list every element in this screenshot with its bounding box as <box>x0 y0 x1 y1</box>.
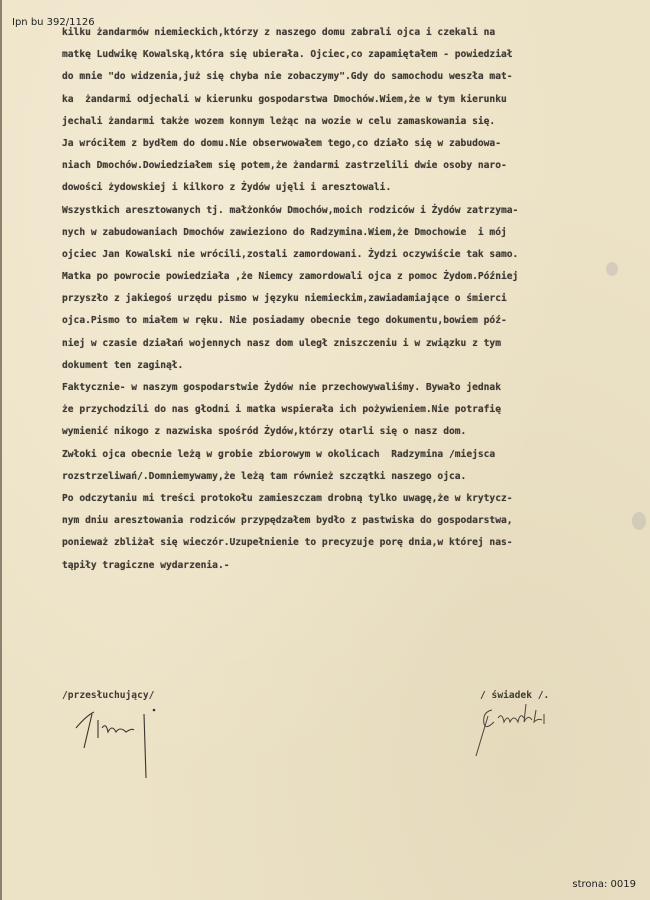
text-line: matkę Ludwikę Kowalską,która się ubierał… <box>62 44 642 66</box>
text-line: nym dniu aresztowania rodziców przypędza… <box>62 510 642 532</box>
text-line: niach Dmochów.Dowiedziałem się potem,że … <box>62 155 642 177</box>
paper-stain <box>606 262 618 276</box>
text-line: jechali żandarmi także wozem konnym leżą… <box>62 111 642 133</box>
text-line: ka żandarmi odjechali w kierunku gospoda… <box>62 89 642 111</box>
text-line: kilku żandarmów niemieckich,którzy z nas… <box>62 22 642 44</box>
text-line: dowości żydowskiej i kilkoro z Żydów uję… <box>62 177 642 199</box>
text-line: przyszło z jakiegoś urzędu pismo w język… <box>62 288 642 310</box>
text-line: ponieważ zbliżał się wieczór.Uzupełnieni… <box>62 532 642 554</box>
paper-stain <box>632 512 646 530</box>
text-line: wymienić nikogo z nazwiska spośród Żydów… <box>62 421 642 443</box>
text-line: nych w zabudowaniach Dmochów zawieziono … <box>62 222 642 244</box>
signature-block: /przesłuchujący/ / świadek /. <box>62 690 622 770</box>
text-line: Zwłoki ojca obecnie leżą w grobie zbioro… <box>62 444 642 466</box>
scan-edge <box>0 0 2 900</box>
text-line: ojca.Pismo to miałem w ręku. Nie posiada… <box>62 310 642 332</box>
text-line: ojciec Jan Kowalski nie wrócili,zostali … <box>62 244 642 266</box>
text-line: dokument ten zaginął. <box>62 355 642 377</box>
text-line: rozstrzeliwań/.Domniemywamy,że leżą tam … <box>62 466 642 488</box>
text-line: że przychodzili do nas głodni i matka ws… <box>62 399 642 421</box>
document-page: Ipn bu 392/1126 kilku żandarmów niemieck… <box>0 0 650 900</box>
text-line: Wszystkich aresztowanych tj. małżonków D… <box>62 200 642 222</box>
interrogator-signature <box>68 698 158 778</box>
typewritten-body: kilku żandarmów niemieckich,którzy z nas… <box>62 22 642 577</box>
text-line: Ja wróciłem z bydłem do domu.Nie obserwo… <box>62 133 642 155</box>
page-number: strona: 0019 <box>572 879 636 890</box>
text-line: Matka po powrocie powiedziała ,że Niemcy… <box>62 266 642 288</box>
witness-signature <box>458 696 568 766</box>
text-line: niej w czasie działań wojennych nasz dom… <box>62 333 642 355</box>
text-line: do mnie "do widzenia,już się chyba nie z… <box>62 66 642 88</box>
text-line: tąpiły tragiczne wydarzenia.- <box>62 555 642 577</box>
text-line: Po odczytaniu mi treści protokołu zamies… <box>62 488 642 510</box>
text-line: Faktycznie- w naszym gospodarstwie Żydów… <box>62 377 642 399</box>
